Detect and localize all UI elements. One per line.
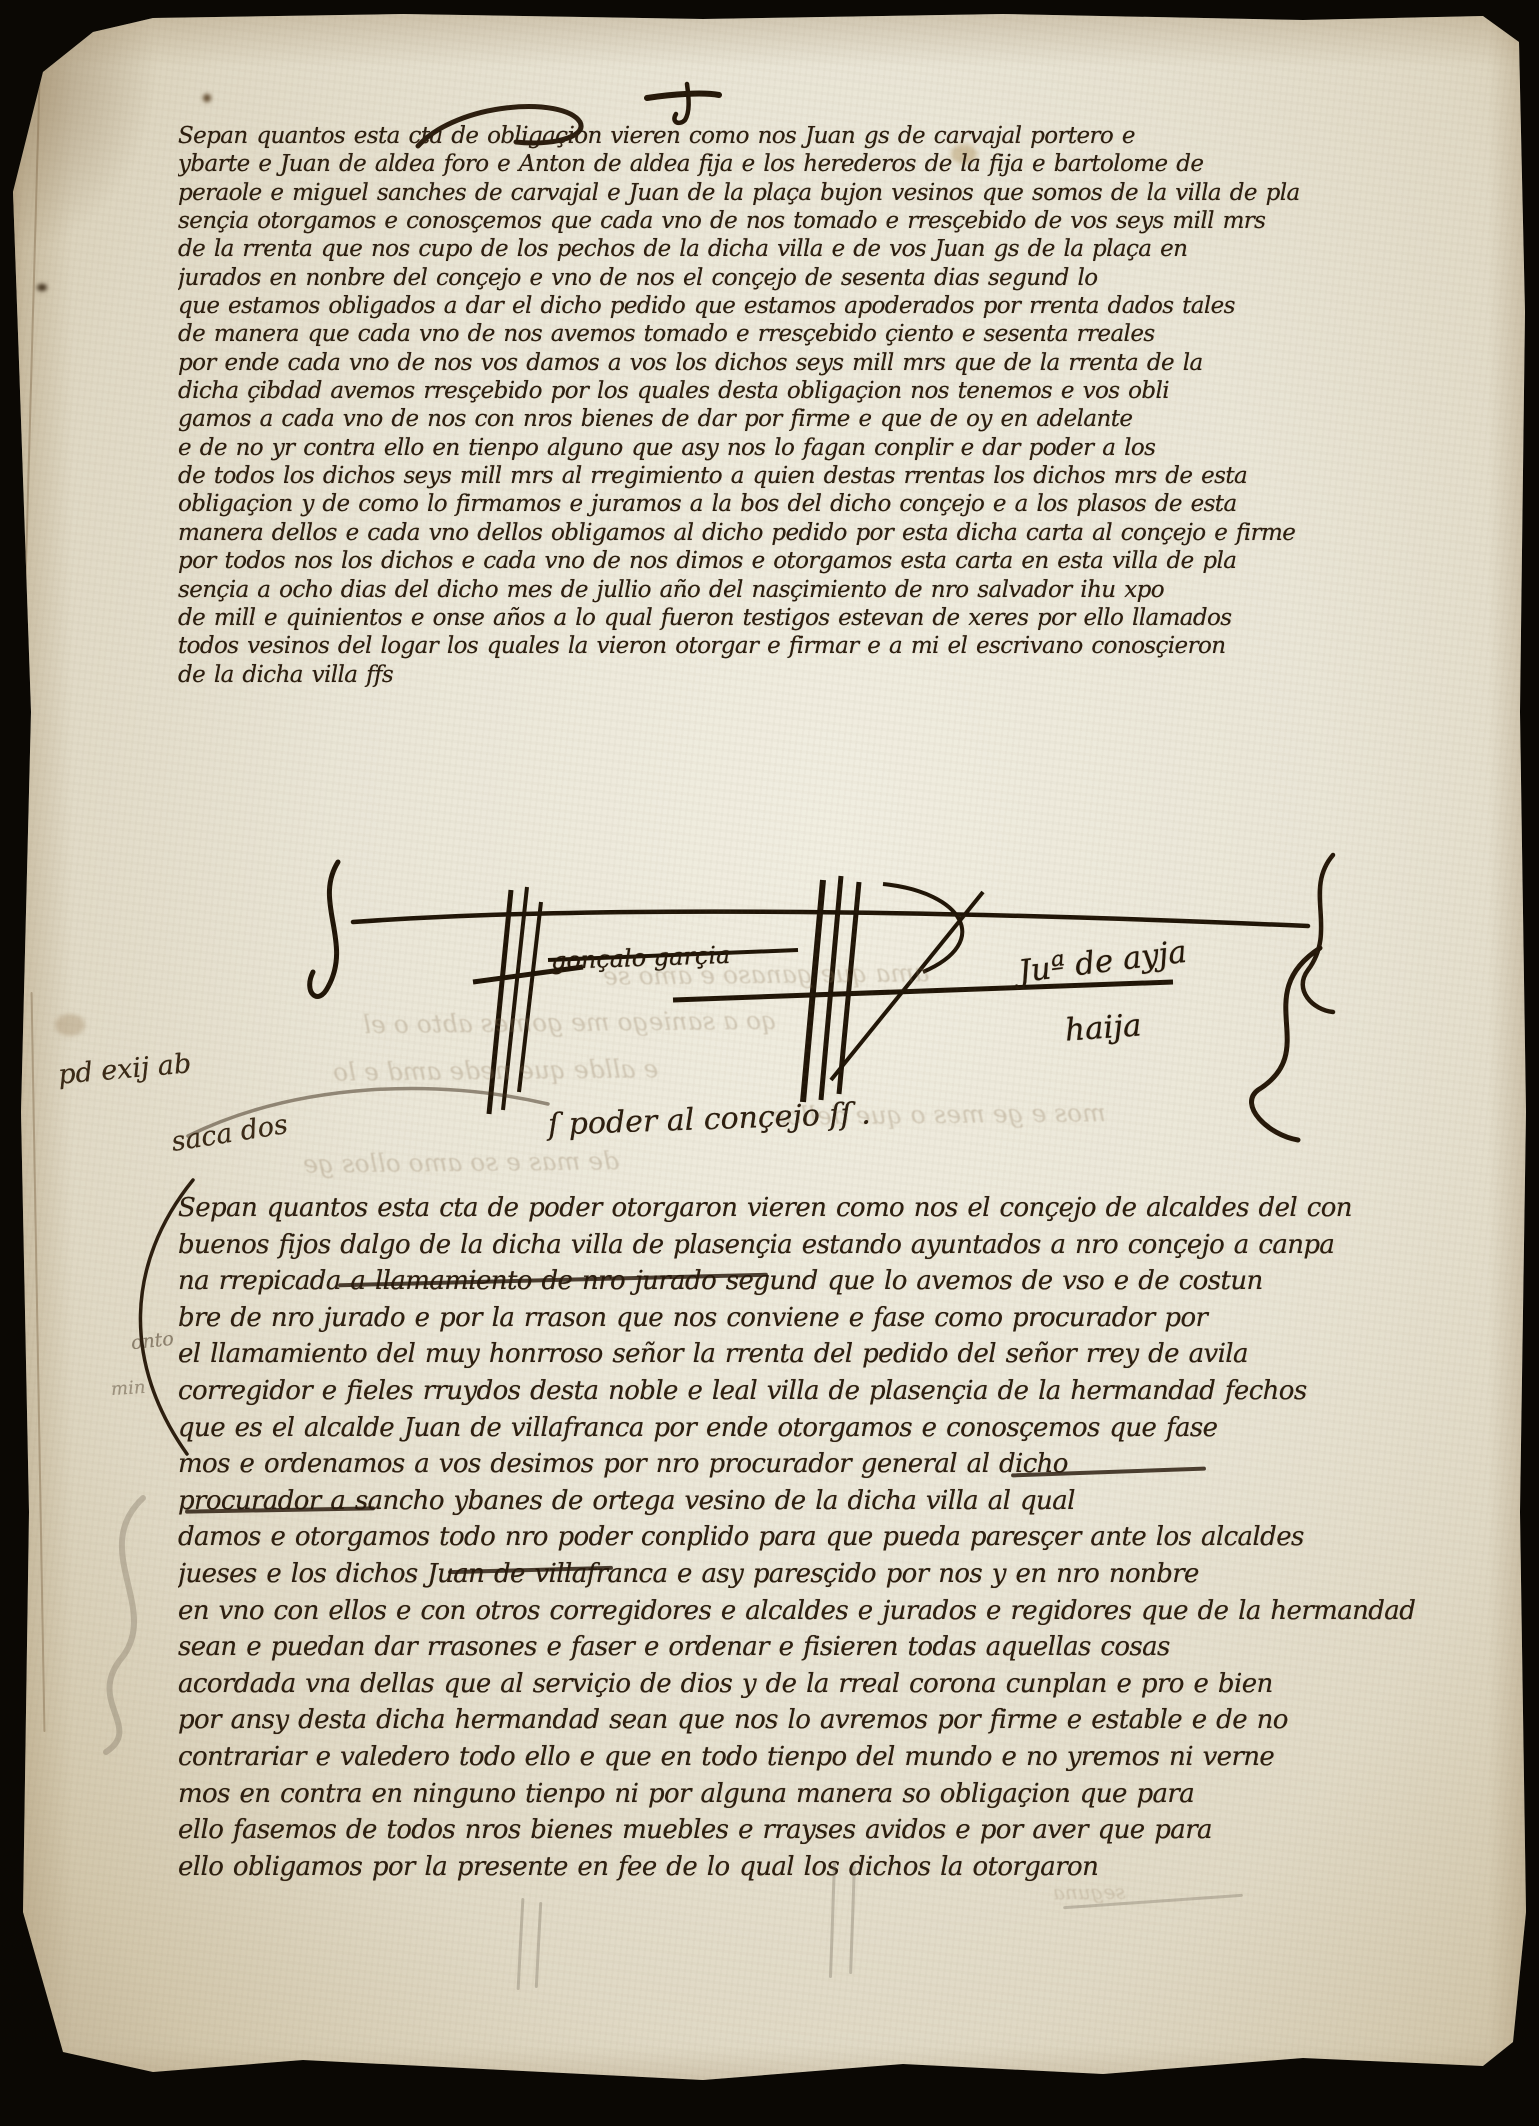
manuscript-line: en vno con ellos e con otros corregidore… [178, 1593, 1523, 1630]
manuscript-line: acordada vna dellas que al serviçio de d… [178, 1666, 1523, 1703]
scratch-mark [535, 1902, 542, 1988]
text-block-2: Sepan quantos esta cta de poder otorgaro… [178, 1190, 1523, 1890]
manuscript-line: obligaçion y de como lo firmamos e juram… [178, 490, 1523, 518]
manuscript-line: jueses e los dichos Juan de villafranca … [178, 1556, 1523, 1593]
gutter-crease [31, 992, 46, 1732]
scratch-mark [517, 1898, 525, 1990]
manuscript-line: de manera que cada vno de nos avemos tom… [178, 320, 1523, 348]
manuscript-line: de todos los dichos seys mill mrs al rre… [178, 462, 1523, 490]
signature-right-line2: haija [1064, 1007, 1143, 1048]
manuscript-line: el llamamiento del muy honrroso señor la… [178, 1336, 1523, 1373]
paper-stain [55, 1014, 85, 1036]
manuscript-line: sençia a ocho dias del dicho mes de jull… [178, 576, 1523, 604]
manuscript-line: todos vesinos del logar los quales la vi… [178, 632, 1523, 660]
manuscript-line: de la rrenta que nos cupo de los pechos … [178, 235, 1523, 263]
manuscript-line: jurados en nonbre del conçejo e vno de n… [178, 264, 1523, 292]
manuscript-photo: { "invocation": { "mark": "†" }, "block1… [0, 0, 1539, 2126]
manuscript-line: por ende cada vno de nos vos damos a vos… [178, 349, 1523, 377]
manuscript-line: sean e puedan dar rrasones e faser e ord… [178, 1629, 1523, 1666]
ink-spot [37, 284, 47, 291]
manuscript-line: procurador a sancho ybanes de ortega ves… [178, 1483, 1523, 1520]
parchment-page: Sepan quantos esta cta de obligaçion vie… [3, 12, 1528, 2106]
ink-spot [203, 94, 211, 102]
manuscript-line: dicha çibdad avemos rresçebido por los q… [178, 377, 1523, 405]
manuscript-line: ybarte e Juan de aldea foro e Anton de a… [178, 150, 1523, 178]
manuscript-line: por todos nos los dichos e cada vno de n… [178, 547, 1523, 575]
rubric-end-hook [1288, 850, 1348, 1020]
manuscript-line: manera dellos e cada vno dellos obligamo… [178, 519, 1523, 547]
margin-note-flourish [178, 1074, 558, 1144]
manuscript-line: e de no yr contra ello en tienpo alguno … [178, 434, 1523, 462]
margin-note-amount: pd exij ab [57, 1048, 193, 1091]
manuscript-line: peraole e miguel sanches de carvajal e J… [178, 179, 1523, 207]
manuscript-line: mos e ordenamos a vos desimos por nro pr… [178, 1446, 1523, 1483]
manuscript-line: buenos fijos dalgo de la dicha villa de … [178, 1227, 1523, 1264]
manuscript-line: corregidor e fieles rruydos desta noble … [178, 1373, 1523, 1410]
manuscript-line: que estamos obligados a dar el dicho ped… [178, 292, 1523, 320]
manuscript-line: damos e otorgamos todo nro poder conplid… [178, 1519, 1523, 1556]
manuscript-line: ello fasemos de todos nros bienes mueble… [178, 1812, 1523, 1849]
manuscript-line: que es el alcalde Juan de villafranca po… [178, 1410, 1523, 1447]
manuscript-line: de la dicha villa ffs [178, 661, 1523, 689]
manuscript-line: bre de nro jurado e por la rrason que no… [178, 1300, 1523, 1337]
manuscript-line: Sepan quantos esta cta de poder otorgaro… [178, 1190, 1523, 1227]
manuscript-line: mos en contra en ninguno tienpo ni por a… [178, 1776, 1523, 1813]
manuscript-line: sençia otorgamos e conosçemos que cada v… [178, 207, 1523, 235]
gutter-crease [15, 52, 42, 932]
manuscript-line: Sepan quantos esta cta de obligaçion vie… [178, 122, 1523, 150]
manuscript-line: ello obligamos por la presente en fee de… [178, 1849, 1523, 1886]
margin-doodle [48, 1490, 208, 1770]
text-block-1: Sepan quantos esta cta de obligaçion vie… [178, 122, 1523, 694]
manuscript-line: por ansy desta dicha hermandad sean que … [178, 1702, 1523, 1739]
manuscript-line: de mill e quinientos e onse años a lo qu… [178, 604, 1523, 632]
scratch-mark [1063, 1894, 1243, 1910]
manuscript-line: contrariar e valedero todo ello e que en… [178, 1739, 1523, 1776]
manuscript-line: gamos a cada vno de nos con nros bienes … [178, 405, 1523, 433]
